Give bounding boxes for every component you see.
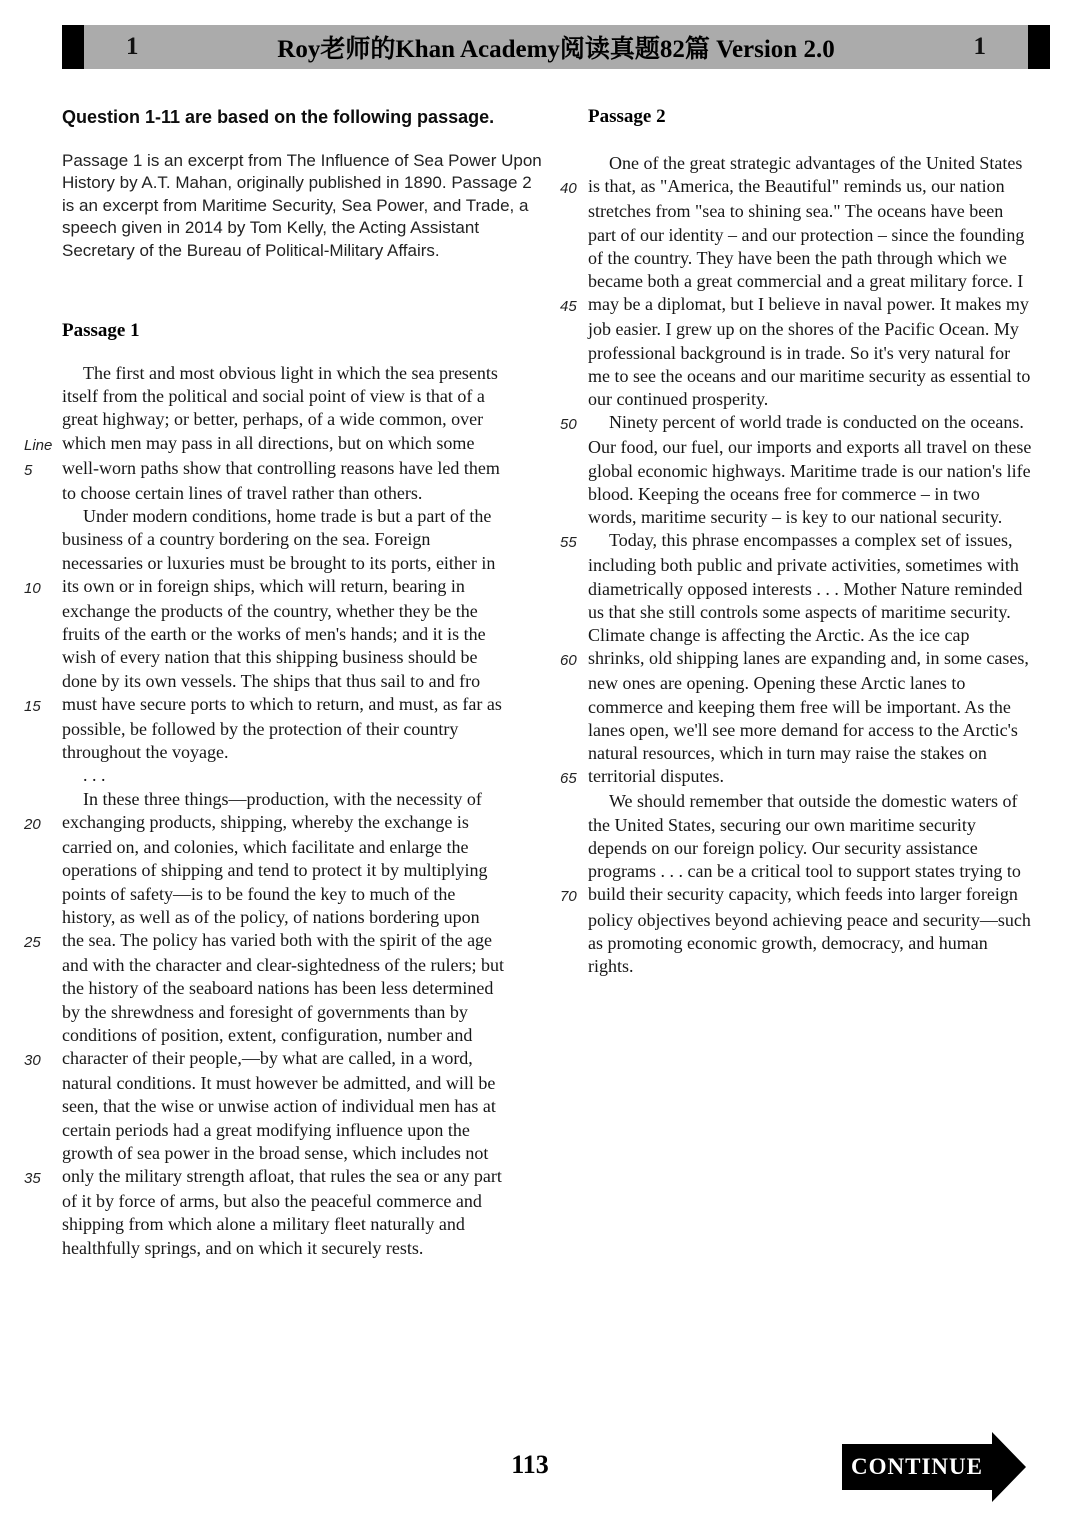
line-number [560, 152, 588, 175]
passage-line: seen, that the wise or unwise action of … [24, 1095, 550, 1118]
line-text: necessaries or luxuries must be brought … [62, 552, 550, 575]
line-text: lanes open, we'll see more demand for ac… [588, 719, 1076, 742]
line-number [24, 528, 62, 551]
line-number [560, 837, 588, 860]
passage-line: 30character of their people,—by what are… [24, 1047, 550, 1072]
passage-line: wish of every nation that this shipping … [24, 646, 550, 669]
passage-line: by the shrewdness and foresight of gover… [24, 1001, 550, 1024]
passage-line: rights. [560, 955, 1076, 978]
header-section-number-left: 1 [126, 33, 139, 61]
passage-line: professional background is in trade. So … [560, 342, 1076, 365]
passage-line: our continued prosperity. [560, 388, 1076, 411]
line-number [560, 624, 588, 647]
line-text: healthfully springs, and on which it sec… [62, 1237, 550, 1260]
passage-line: throughout the voyage. [24, 741, 550, 764]
line-text: seen, that the wise or unwise action of … [62, 1095, 550, 1118]
passage-line: including both public and private activi… [560, 554, 1076, 577]
line-number [560, 672, 588, 695]
passage-line: certain periods had a great modifying in… [24, 1119, 550, 1142]
line-text: by the shrewdness and foresight of gover… [62, 1001, 550, 1024]
line-number: 50 [560, 411, 588, 436]
line-text: must have secure ports to which to retur… [62, 693, 550, 718]
passage-line: 5well-worn paths show that controlling r… [24, 457, 550, 482]
line-number [24, 954, 62, 977]
line-number [24, 505, 62, 528]
line-text: We should remember that outside the dome… [588, 790, 1076, 813]
passage-line: carried on, and colonies, which facilita… [24, 836, 550, 859]
line-number [24, 1072, 62, 1095]
passage-line: points of safety—is to be found the key … [24, 883, 550, 906]
passage-line: Under modern conditions, home trade is b… [24, 505, 550, 528]
line-text: points of safety—is to be found the key … [62, 883, 550, 906]
line-number [560, 554, 588, 577]
line-number [24, 600, 62, 623]
passage-line: One of the great strategic advantages of… [560, 152, 1076, 175]
passage-line: the history of the seaboard nations has … [24, 977, 550, 1000]
line-number [560, 860, 588, 883]
passage-line: words, maritime security – is key to our… [560, 506, 1076, 529]
line-number [560, 224, 588, 247]
passage-line: of it by force of arms, but also the pea… [24, 1190, 550, 1213]
passage-line: 25the sea. The policy has varied both wi… [24, 929, 550, 954]
line-text: In these three things—production, with t… [62, 788, 550, 811]
page: 1 Roy老师的Khan Academy阅读真题82篇 Version 2.0 … [0, 0, 1080, 1529]
passage-line: The first and most obvious light in whic… [24, 362, 550, 385]
line-text: as promoting economic growth, democracy,… [588, 932, 1076, 955]
line-number: 55 [560, 529, 588, 554]
header-title: Roy老师的Khan Academy阅读真题82篇 Version 2.0 [139, 29, 974, 65]
line-text: conditions of position, extent, configur… [62, 1024, 550, 1047]
passage-line: 50Ninety percent of world trade is condu… [560, 411, 1076, 436]
line-text: me to see the oceans and our maritime se… [588, 365, 1076, 388]
passage-line: as promoting economic growth, democracy,… [560, 932, 1076, 955]
line-text: stretches from "sea to shining sea." The… [588, 200, 1076, 223]
line-number [24, 482, 62, 505]
passage-line: . . . [24, 764, 550, 787]
line-text: natural resources, which in turn may rai… [588, 742, 1076, 765]
line-number [560, 955, 588, 978]
line-text: One of the great strategic advantages of… [588, 152, 1076, 175]
passage-line: part of our identity – and our protectio… [560, 224, 1076, 247]
line-text: new ones are opening. Opening these Arct… [588, 672, 1076, 695]
line-text: shipping from which alone a military fle… [62, 1213, 550, 1236]
passage-2-heading: Passage 2 [588, 106, 1076, 128]
continue-button[interactable]: CONTINUE [842, 1432, 1026, 1502]
passage-2-lines: One of the great strategic advantages of… [560, 152, 1076, 978]
line-number [24, 859, 62, 882]
passage-line: operations of shipping and tend to prote… [24, 859, 550, 882]
line-text: may be a diplomat, but I believe in nava… [588, 293, 1076, 318]
line-number [24, 1142, 62, 1165]
line-number [560, 247, 588, 270]
line-number [560, 601, 588, 624]
line-number: 60 [560, 647, 588, 672]
line-number [24, 1213, 62, 1236]
line-number: 30 [24, 1047, 62, 1072]
passage-line: global economic highways. Maritime trade… [560, 460, 1076, 483]
passage-line: business of a country bordering on the s… [24, 528, 550, 551]
passage-line: natural conditions. It must however be a… [24, 1072, 550, 1095]
line-text: itself from the political and social poi… [62, 385, 550, 408]
line-text: global economic highways. Maritime trade… [588, 460, 1076, 483]
passage-line: commerce and keeping them free will be i… [560, 696, 1076, 719]
line-text: Climate change is affecting the Arctic. … [588, 624, 1076, 647]
passage-line: lanes open, we'll see more demand for ac… [560, 719, 1076, 742]
line-text: policy objectives beyond achieving peace… [588, 909, 1076, 932]
line-number: 35 [24, 1165, 62, 1190]
line-text: our continued prosperity. [588, 388, 1076, 411]
passage-line: done by its own vessels. The ships that … [24, 670, 550, 693]
passage-line: 55Today, this phrase encompasses a compl… [560, 529, 1076, 554]
line-number [24, 670, 62, 693]
line-text: character of their people,—by what are c… [62, 1047, 550, 1072]
line-text: including both public and private activi… [588, 554, 1076, 577]
passage-line: diametrically opposed interests . . . Mo… [560, 578, 1076, 601]
passage-line: possible, be followed by the protection … [24, 718, 550, 741]
line-number [560, 578, 588, 601]
line-number [560, 436, 588, 459]
line-text: us that she still controls some aspects … [588, 601, 1076, 624]
passage-line: 60shrinks, old shipping lanes are expand… [560, 647, 1076, 672]
header-bar: 1 Roy老师的Khan Academy阅读真题82篇 Version 2.0 … [62, 25, 1050, 69]
line-text: the sea. The policy has varied both with… [62, 929, 550, 954]
line-number [24, 408, 62, 431]
line-text: possible, be followed by the protection … [62, 718, 550, 741]
line-number [560, 909, 588, 932]
line-text: professional background is in trade. So … [588, 342, 1076, 365]
line-number: Line [24, 432, 62, 457]
line-text: of it by force of arms, but also the pea… [62, 1190, 550, 1213]
passage-line: and with the character and clear-sighted… [24, 954, 550, 977]
continue-label: CONTINUE [842, 1444, 992, 1490]
line-number: 65 [560, 765, 588, 790]
line-text: history, as well as of the policy, of na… [62, 906, 550, 929]
line-number [24, 906, 62, 929]
line-text: its own or in foreign ships, which will … [62, 575, 550, 600]
line-number [24, 646, 62, 669]
line-text: done by its own vessels. The ships that … [62, 670, 550, 693]
line-number: 70 [560, 883, 588, 908]
passage-line: Climate change is affecting the Arctic. … [560, 624, 1076, 647]
line-number [24, 552, 62, 575]
passage-line: 70build their security capacity, which f… [560, 883, 1076, 908]
line-number [560, 270, 588, 293]
line-text: Today, this phrase encompasses a complex… [588, 529, 1076, 554]
line-text: only the military strength afloat, that … [62, 1165, 550, 1190]
line-text: to choose certain lines of travel rather… [62, 482, 550, 505]
passage-line: growth of sea power in the broad sense, … [24, 1142, 550, 1165]
line-number [24, 1001, 62, 1024]
left-column: Question 1-11 are based on the following… [24, 103, 550, 1260]
passage-1-heading: Passage 1 [62, 320, 550, 342]
line-number [24, 385, 62, 408]
line-number [560, 342, 588, 365]
passage-intro-blurb: Passage 1 is an excerpt from The Influen… [62, 150, 546, 262]
line-text: which men may pass in all directions, bu… [62, 432, 550, 457]
passage-line: itself from the political and social poi… [24, 385, 550, 408]
line-text: territorial disputes. [588, 765, 1076, 790]
line-number: 5 [24, 457, 62, 482]
passage-line: 15must have secure ports to which to ret… [24, 693, 550, 718]
passage-line: 40is that, as "America, the Beautiful" r… [560, 175, 1076, 200]
line-text: part of our identity – and our protectio… [588, 224, 1076, 247]
line-number [24, 764, 62, 787]
line-text: Ninety percent of world trade is conduct… [588, 411, 1076, 436]
passage-line: programs . . . can be a critical tool to… [560, 860, 1076, 883]
passage-line: of the country. They have been the path … [560, 247, 1076, 270]
line-text: words, maritime security – is key to our… [588, 506, 1076, 529]
line-text: operations of shipping and tend to prote… [62, 859, 550, 882]
line-number: 45 [560, 293, 588, 318]
line-number [560, 483, 588, 506]
line-number: 15 [24, 693, 62, 718]
line-number [24, 977, 62, 1000]
passage-line: fruits of the earth or the works of men'… [24, 623, 550, 646]
line-number [24, 362, 62, 385]
line-number [24, 623, 62, 646]
passage-line: In these three things—production, with t… [24, 788, 550, 811]
line-text: rights. [588, 955, 1076, 978]
passage-line: depends on our foreign policy. Our secur… [560, 837, 1076, 860]
passage-line: job easier. I grew up on the shores of t… [560, 318, 1076, 341]
line-text: natural conditions. It must however be a… [62, 1072, 550, 1095]
passage-line: conditions of position, extent, configur… [24, 1024, 550, 1047]
passage-columns: Question 1-11 are based on the following… [24, 103, 1076, 1260]
right-column: Passage 2 One of the great strategic adv… [560, 103, 1076, 1260]
line-text: carried on, and colonies, which facilita… [62, 836, 550, 859]
line-text: is that, as "America, the Beautiful" rem… [588, 175, 1076, 200]
passage-line: became both a great commercial and a gre… [560, 270, 1076, 293]
line-text: Under modern conditions, home trade is b… [62, 505, 550, 528]
line-text: growth of sea power in the broad sense, … [62, 1142, 550, 1165]
line-number [24, 1119, 62, 1142]
line-number [560, 696, 588, 719]
passage-line: natural resources, which in turn may rai… [560, 742, 1076, 765]
line-number [560, 200, 588, 223]
line-text: blood. Keeping the oceans free for comme… [588, 483, 1076, 506]
line-text: and with the character and clear-sighted… [62, 954, 550, 977]
line-text: diametrically opposed interests . . . Mo… [588, 578, 1076, 601]
line-number [560, 719, 588, 742]
header-left-square [62, 25, 84, 69]
question-range-heading: Question 1-11 are based on the following… [62, 106, 550, 128]
line-text: build their security capacity, which fee… [588, 883, 1076, 908]
line-text: . . . [62, 764, 550, 787]
line-number [24, 836, 62, 859]
line-text: the history of the seaboard nations has … [62, 977, 550, 1000]
line-text: business of a country bordering on the s… [62, 528, 550, 551]
line-text: exchange the products of the country, wh… [62, 600, 550, 623]
line-number [560, 742, 588, 765]
line-number: 25 [24, 929, 62, 954]
line-text: commerce and keeping them free will be i… [588, 696, 1076, 719]
passage-line: Linewhich men may pass in all directions… [24, 432, 550, 457]
passage-line: history, as well as of the policy, of na… [24, 906, 550, 929]
line-number [560, 388, 588, 411]
passage-line: me to see the oceans and our maritime se… [560, 365, 1076, 388]
line-number [24, 1237, 62, 1260]
passage-line: necessaries or luxuries must be brought … [24, 552, 550, 575]
line-text: Our food, our fuel, our imports and expo… [588, 436, 1076, 459]
passage-line: policy objectives beyond achieving peace… [560, 909, 1076, 932]
line-number [24, 1024, 62, 1047]
line-number [560, 318, 588, 341]
line-text: job easier. I grew up on the shores of t… [588, 318, 1076, 341]
line-text: great highway; or better, perhaps, of a … [62, 408, 550, 431]
line-number [24, 741, 62, 764]
line-text: The first and most obvious light in whic… [62, 362, 550, 385]
passage-line: stretches from "sea to shining sea." The… [560, 200, 1076, 223]
header-gray-bar: 1 Roy老师的Khan Academy阅读真题82篇 Version 2.0 … [84, 25, 1028, 69]
line-text: fruits of the earth or the works of men'… [62, 623, 550, 646]
passage-line: new ones are opening. Opening these Arct… [560, 672, 1076, 695]
passage-line: 35only the military strength afloat, tha… [24, 1165, 550, 1190]
passage-line: the United States, securing our own mari… [560, 814, 1076, 837]
line-text: well-worn paths show that controlling re… [62, 457, 550, 482]
header-section-number-right: 1 [974, 33, 987, 61]
passage-1-lines: The first and most obvious light in whic… [24, 362, 550, 1260]
line-number [560, 932, 588, 955]
passage-line: 10its own or in foreign ships, which wil… [24, 575, 550, 600]
passage-line: 45may be a diplomat, but I believe in na… [560, 293, 1076, 318]
line-text: programs . . . can be a critical tool to… [588, 860, 1076, 883]
arrow-right-icon [992, 1432, 1026, 1502]
line-text: shrinks, old shipping lanes are expandin… [588, 647, 1076, 672]
passage-line: shipping from which alone a military fle… [24, 1213, 550, 1236]
passage-line: to choose certain lines of travel rather… [24, 482, 550, 505]
line-number [560, 814, 588, 837]
passage-line: We should remember that outside the dome… [560, 790, 1076, 813]
line-number [24, 1190, 62, 1213]
passage-line: healthfully springs, and on which it sec… [24, 1237, 550, 1260]
passage-line: great highway; or better, perhaps, of a … [24, 408, 550, 431]
passage-line: us that she still controls some aspects … [560, 601, 1076, 624]
line-number: 20 [24, 811, 62, 836]
line-number [24, 718, 62, 741]
line-text: certain periods had a great modifying in… [62, 1119, 550, 1142]
line-number [560, 790, 588, 813]
line-number [560, 506, 588, 529]
passage-line: 65territorial disputes. [560, 765, 1076, 790]
header-right-square [1028, 25, 1050, 69]
line-number [560, 365, 588, 388]
line-text: depends on our foreign policy. Our secur… [588, 837, 1076, 860]
line-text: exchanging products, shipping, whereby t… [62, 811, 550, 836]
line-text: throughout the voyage. [62, 741, 550, 764]
line-number [24, 1095, 62, 1118]
passage-line: blood. Keeping the oceans free for comme… [560, 483, 1076, 506]
passage-line: 20exchanging products, shipping, whereby… [24, 811, 550, 836]
line-text: became both a great commercial and a gre… [588, 270, 1076, 293]
line-number: 10 [24, 575, 62, 600]
passage-line: exchange the products of the country, wh… [24, 600, 550, 623]
line-number [24, 788, 62, 811]
line-text: the United States, securing our own mari… [588, 814, 1076, 837]
line-number [560, 460, 588, 483]
line-number [24, 883, 62, 906]
line-text: wish of every nation that this shipping … [62, 646, 550, 669]
passage-line: Our food, our fuel, our imports and expo… [560, 436, 1076, 459]
line-text: of the country. They have been the path … [588, 247, 1076, 270]
line-number: 40 [560, 175, 588, 200]
